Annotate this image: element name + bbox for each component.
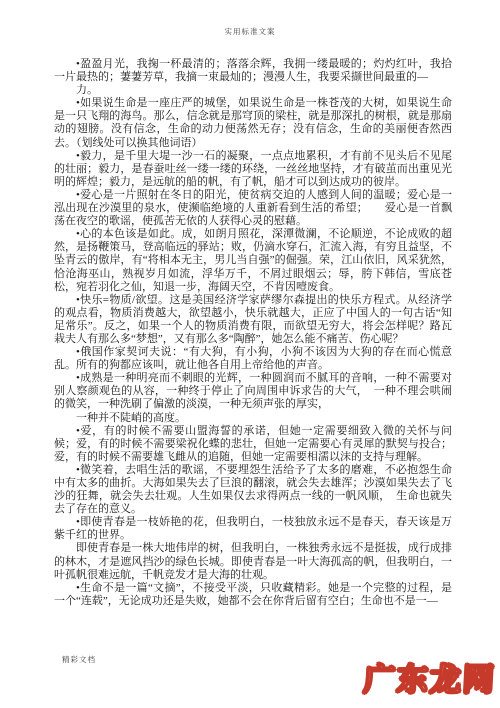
paragraph: 力。 (54, 84, 452, 97)
paragraph: •爱，有的时候不需要山盟海誓的承诺，但她一定需要细致入微的关怀与问候；爱，有的时… (54, 425, 452, 464)
watermark-logo: 广东龙网 (363, 654, 497, 699)
paragraph: •快乐=物质/欲望。这是美国经济学家萨缪尔森提出的快乐方程式。从经济学的观点看，… (54, 294, 452, 346)
paragraph: •微笑着，去唱生活的歌谣，不要埋怨生活给予了太多的磨难，不必抱怨生命中有太多的曲… (54, 464, 452, 516)
document-page: 实用标准文案 •盈盈月光，我掬一杯最清的；落落余辉，我拥一缕最暖的；灼灼红叶，我… (0, 0, 500, 708)
footer-label: 精彩文档 (62, 655, 96, 664)
paragraph: •心的本色该是如此。成，如朗月照花，深潭微澜，不论顺逆，不论成败的超然，是扬鞭策… (54, 228, 452, 293)
paragraph: •成熟是一种明亮而不刺眼的光辉，一种圆润而不腻耳的音响，一种不需要对别人察颜观色… (54, 372, 452, 411)
paragraph: •爱心是一片照射在冬日的阳光，使贫病交迫的人感到人间的温暖；爱心是一泓出现在沙漠… (54, 189, 452, 228)
page-header: 实用标准文案 (0, 26, 500, 37)
page-footer: 精彩文档 (62, 654, 96, 665)
paragraph: •即使青春是一枝娇艳的花，但我明白，一枝独放永远不是春天，春天该是万紫千红的世界… (54, 516, 452, 542)
header-title: 实用标准文案 (225, 27, 276, 36)
paragraph: 一种并不陡峭的高度。 (54, 412, 452, 425)
paragraph: 即使青春是一株大地伟岸的树，但我明白，一株独秀永远不是挺拔，成行成排的林木，才是… (54, 542, 452, 581)
paragraph: •盈盈月光，我掬一杯最清的；落落余辉，我拥一缕最暖的；灼灼红叶，我拾一片最热的；… (54, 58, 452, 84)
document-body: •盈盈月光，我掬一杯最清的；落落余辉，我拥一缕最暖的；灼灼红叶，我拾一片最热的；… (54, 58, 452, 608)
paragraph: •毅力，是千里大堤一沙一石的凝聚，一点点地累积，才有前不见头后不见尾的壮丽；毅力… (54, 150, 452, 189)
paragraph: •生命不是一篇“文摘”，不接受平淡，只收藏精彩。她是一个完整的过程，是一个“连载… (54, 582, 452, 608)
paragraph: •俄国作家契诃夫说：“有大狗，有小狗，小狗不该因为大狗的存在而心慌意乱。所有的狗… (54, 346, 452, 372)
paragraph: •如果说生命是一座庄严的城堡，如果说生命是一株苍茂的大树，如果说生命是一只飞翔的… (54, 97, 452, 149)
